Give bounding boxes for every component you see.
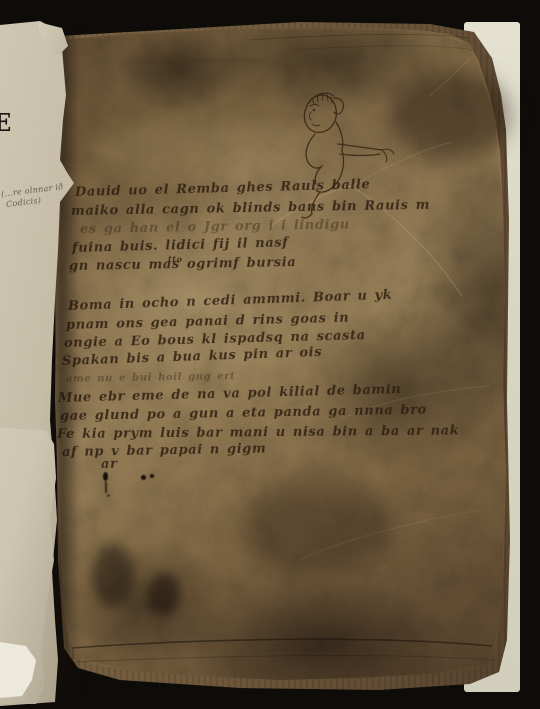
flyleaf-partial-letter: E [0,108,11,137]
manuscript-photo: Dauid uo el Remba ghes Rauls balle maiko… [0,0,540,709]
ink-dot [150,474,154,478]
ink-drip [103,472,108,481]
ink-dot [107,494,110,497]
faded-inscription-trace [120,60,264,64]
ink-dot [141,475,146,480]
manuscript-superscript: tto [168,254,183,264]
ink-drip-tail [105,481,107,493]
manuscript-line: ar [101,457,118,472]
